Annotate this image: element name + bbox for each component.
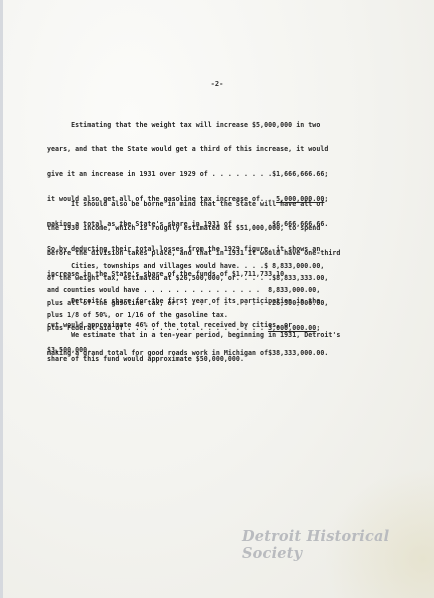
text-line: We estimate that in a ten-year period, b… — [47, 331, 412, 339]
paragraph-ten-year-estimate: We estimate that in a ten-year period, b… — [47, 314, 412, 380]
page-number: -2- — [0, 80, 434, 88]
text-line: the 1930 income, which is roughly estima… — [47, 224, 412, 232]
text-line: Detroit's share for the first year of it… — [47, 297, 412, 305]
document-page: -2- Estimating that the weight tax will … — [0, 0, 434, 598]
text-line: share of this fund would approximate $50… — [47, 355, 412, 363]
page-edge — [0, 0, 3, 598]
watermark: Detroit Historical Society — [242, 528, 434, 562]
text-line: Cities, townships and villages would hav… — [47, 262, 412, 270]
text-line: years, and that the State would get a th… — [47, 145, 412, 153]
text-line: Estimating that the weight tax will incr… — [47, 121, 412, 129]
text-line: It should also be borne in mind that the… — [47, 200, 412, 208]
text-line: give it an increase in 1931 over 1929 of… — [47, 170, 412, 178]
